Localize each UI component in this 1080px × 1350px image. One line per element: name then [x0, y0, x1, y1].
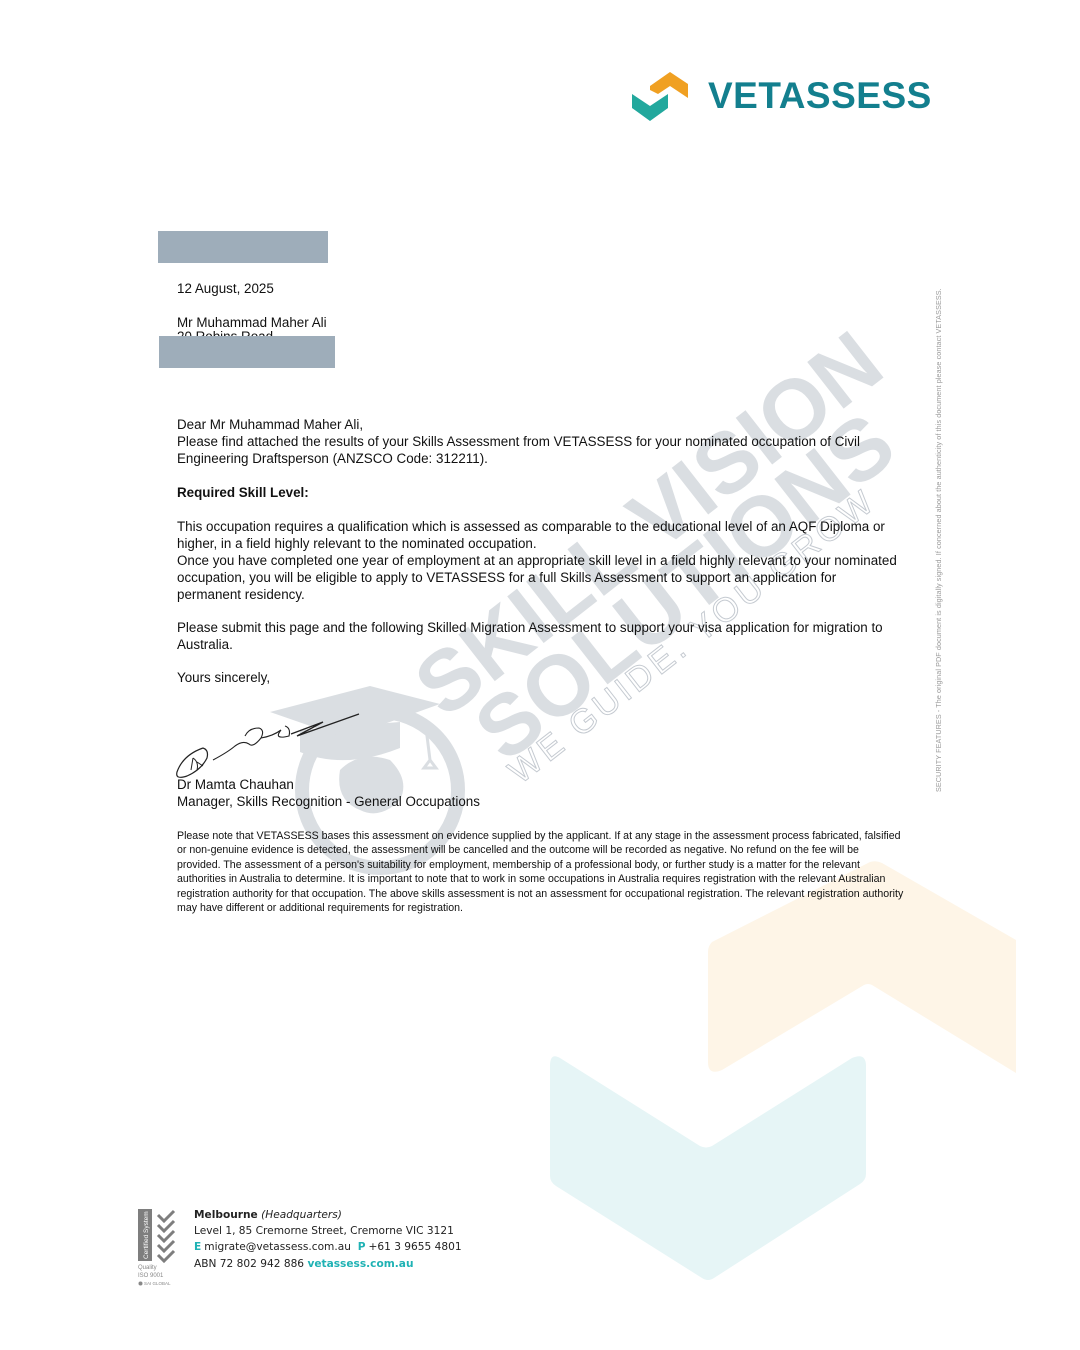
footer-abn: ABN 72 802 942 886 — [194, 1258, 304, 1270]
logo-wordmark: VETASSESS — [708, 75, 932, 117]
checkmarks-icon — [158, 1211, 174, 1261]
teal-chevron-shape — [550, 1056, 866, 1280]
vetassess-logo: VETASSESS — [630, 68, 932, 124]
signer-name: Dr Mamta Chauhan — [177, 776, 294, 793]
svg-text:Certified System: Certified System — [143, 1211, 150, 1259]
footer-website-link[interactable]: vetassess.com.au — [307, 1258, 413, 1270]
footer-hq-label: (Headquarters) — [261, 1209, 342, 1221]
iso-certification-badge: Certified System Quality ISO 9001 SAI GL… — [138, 1209, 182, 1287]
svg-text:Quality: Quality — [138, 1265, 157, 1271]
footer-office: Melbourne (Headquarters) — [194, 1207, 462, 1223]
submit-instruction: Please submit this page and the followin… — [177, 619, 902, 653]
phone-label: P — [358, 1241, 366, 1253]
footer-city: Melbourne — [194, 1209, 258, 1221]
signature-image — [173, 700, 373, 785]
requirement-paragraph-2: Once you have completed one year of empl… — [177, 552, 902, 603]
footer-email-link[interactable]: migrate@vetassess.com.au — [204, 1241, 351, 1253]
signer-title: Manager, Skills Recognition - General Oc… — [177, 793, 480, 810]
footer-address: Level 1, 85 Cremorne Street, Cremorne VI… — [194, 1223, 462, 1239]
svg-text:SAI GLOBAL: SAI GLOBAL — [144, 1281, 171, 1286]
redaction-box — [159, 336, 335, 368]
letter-date: 12 August, 2025 — [177, 280, 274, 297]
requirement-paragraph-1: This occupation requires a qualification… — [177, 518, 902, 552]
email-label: E — [194, 1241, 201, 1253]
requirement-section: This occupation requires a qualification… — [177, 518, 902, 603]
disclaimer: Please note that VETASSESS bases this as… — [177, 829, 905, 915]
background-chevrons — [0, 0, 1080, 1350]
footer-contact: Melbourne (Headquarters) Level 1, 85 Cre… — [194, 1207, 462, 1272]
svg-text:ISO 9001: ISO 9001 — [138, 1273, 164, 1279]
redaction-box — [158, 231, 328, 263]
intro-paragraph: Please find attached the results of your… — [177, 433, 897, 467]
footer-phone[interactable]: +61 3 9655 4801 — [368, 1241, 461, 1253]
closing: Yours sincerely, — [177, 669, 270, 686]
recipient-address: 20 Robins Road — [177, 328, 273, 336]
footer-abn-line: ABN 72 802 942 886 vetassess.com.au — [194, 1256, 462, 1272]
section-heading: Required Skill Level: — [177, 484, 309, 501]
vetassess-chevron-logo-icon — [630, 68, 692, 124]
salutation: Dear Mr Muhammad Maher Ali, — [177, 416, 363, 433]
footer-contact-line: Emigrate@vetassess.com.au P+61 3 9655 48… — [194, 1239, 462, 1255]
security-note: SECURITY FEATURES - The original PDF doc… — [934, 288, 943, 792]
